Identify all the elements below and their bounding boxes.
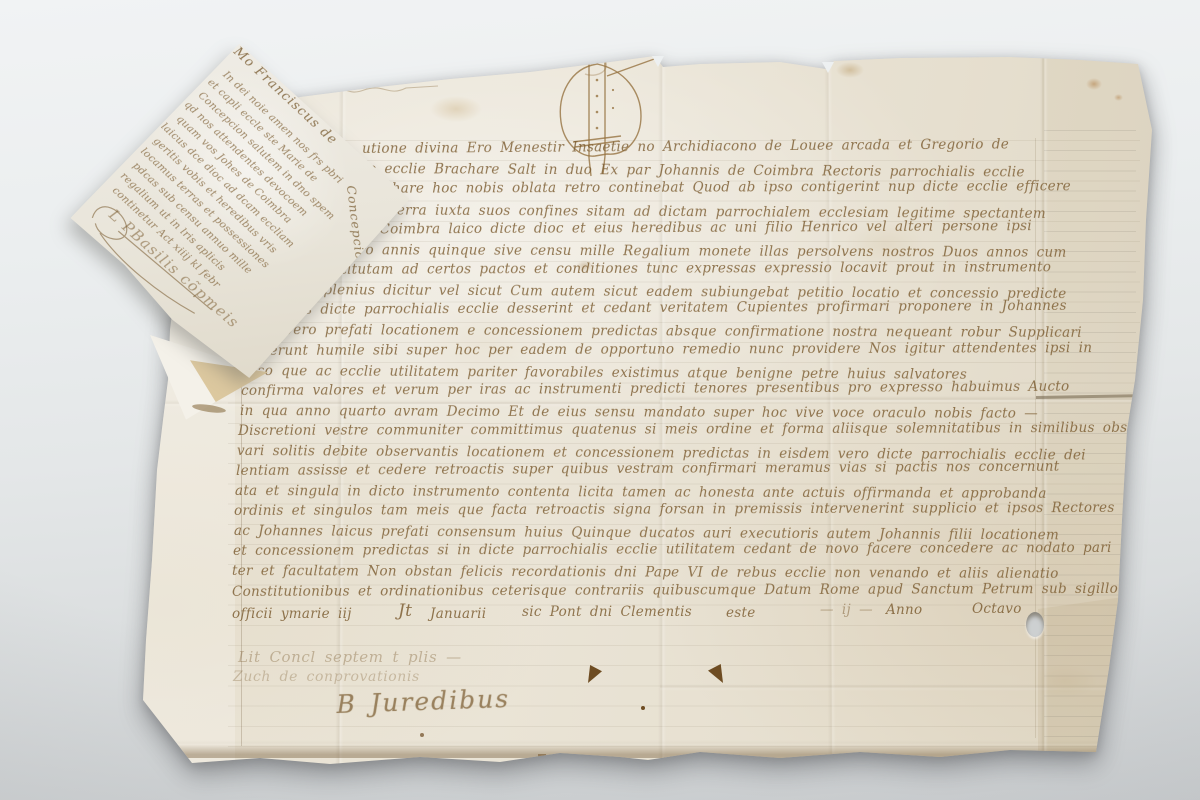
photo-canvas: utione divina Ero Menestir Insaetie no A…	[0, 0, 1200, 800]
slip-wrap: Mo Franciscus de Concepcion In dei noie …	[0, 0, 1200, 800]
attached-slip: Mo Franciscus de Concepcion In dei noie …	[67, 39, 413, 386]
